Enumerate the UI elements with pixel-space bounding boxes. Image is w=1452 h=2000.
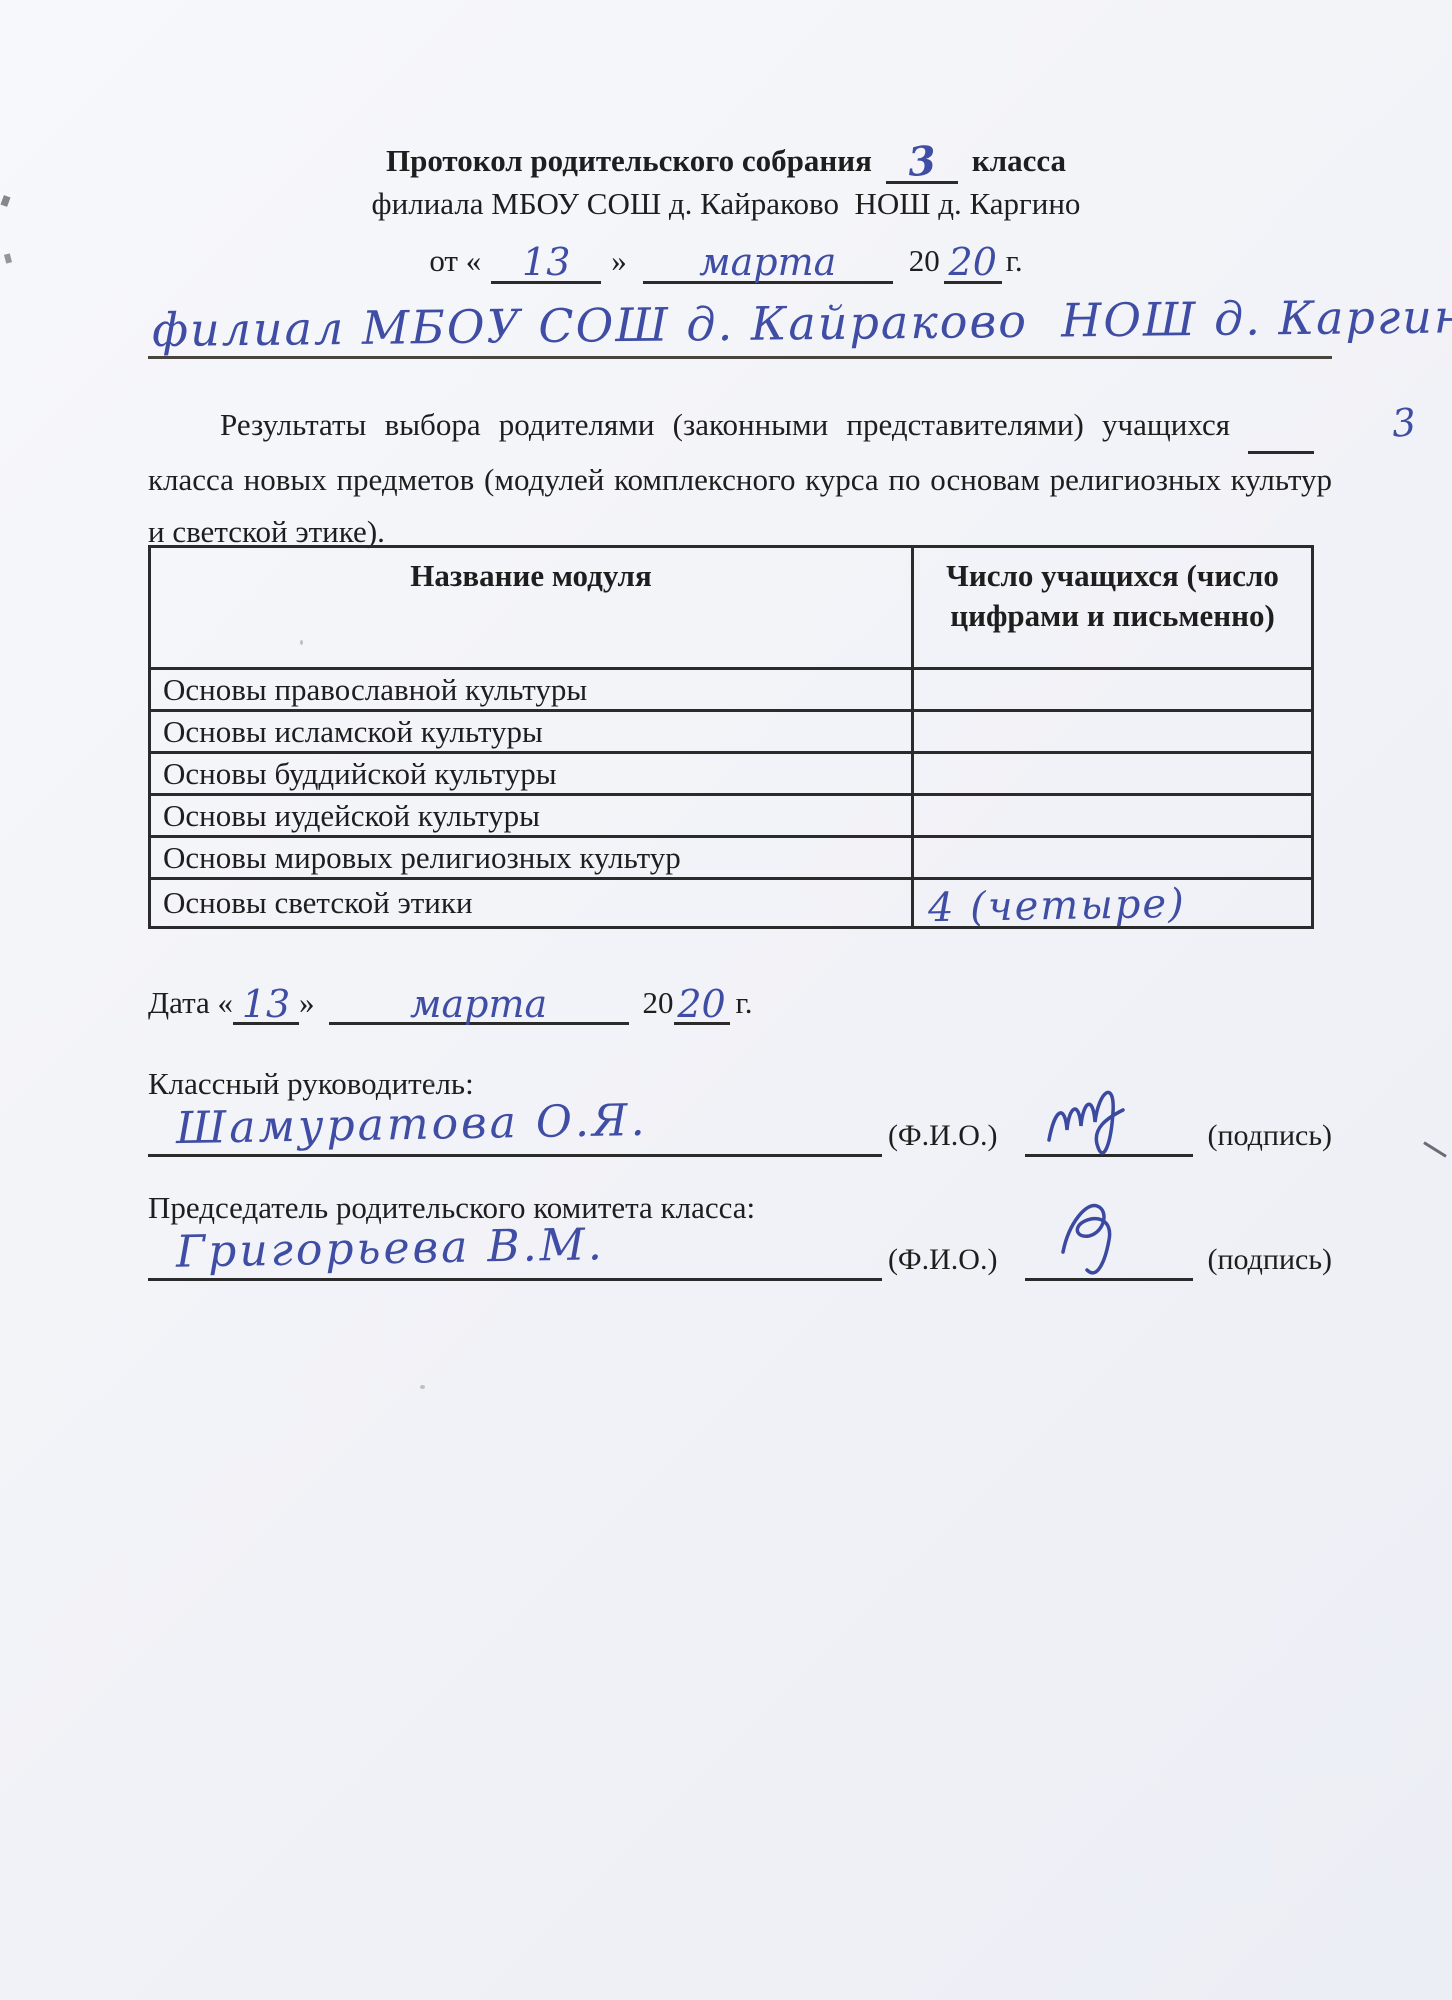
module-name: Основы светской этики: [150, 879, 913, 928]
committee-chair-label: Председатель родительского комитета клас…: [148, 1190, 755, 1226]
podpis-label: (подпись): [1207, 1243, 1332, 1281]
intro-paragraph: Результаты выбора родителями (законными …: [148, 396, 1332, 558]
table-row: Основы буддийской культуры: [150, 753, 1313, 795]
teacher-signature-scribble: [1043, 1078, 1163, 1168]
module-name: Основы иудейской культуры: [150, 795, 913, 837]
module-count: [913, 837, 1313, 879]
handwritten-day: 13: [522, 242, 570, 282]
handwritten-footer-year: 20: [677, 982, 725, 1026]
chair-signature-scribble: [1043, 1192, 1153, 1292]
column-header-module: Название модуля: [150, 547, 913, 669]
title-prefix: Протокол родительского собрания: [386, 143, 872, 178]
day-blank: 13: [491, 238, 601, 284]
page-title: Протокол родительского собрания3класса: [0, 138, 1452, 184]
scan-speck: [430, 1080, 434, 1084]
month-blank: марта: [643, 238, 893, 284]
podpis-label: (подпись): [1207, 1119, 1332, 1157]
handwritten-year: 20: [949, 242, 997, 282]
class-teacher-sign-blank: [1025, 1098, 1193, 1157]
school-subtitle: филиала МБОУ СОШ д. Кайраково НОШ д. Кар…: [0, 184, 1452, 224]
scan-speck: [300, 640, 303, 645]
handwritten-footer-month: марта: [410, 982, 547, 1026]
table-row: Основы светской этики 4 (четыре): [150, 879, 1313, 928]
footer-year-printed: 20: [643, 985, 674, 1020]
table-header-row: Название модуля Число учащихся (число ци…: [150, 547, 1313, 669]
footer-date-line: Дата «13»марта2020г.: [148, 978, 753, 1025]
footer-date-label: Дата «: [148, 985, 233, 1020]
table-row: Основы мировых религиозных культур: [150, 837, 1313, 879]
footer-date-close-quote: »: [299, 985, 315, 1020]
module-count: [913, 669, 1313, 711]
header-date-line: от «13»марта2020г.: [0, 238, 1452, 284]
class-teacher-name-blank: Шамуратова О.Я.: [148, 1099, 882, 1157]
module-count: [913, 753, 1313, 795]
handwritten-class-number: 3: [907, 141, 938, 183]
footer-year-blank: 20: [674, 978, 730, 1025]
year-blank: 20: [944, 238, 1002, 284]
handwritten-intro-class-number: 3: [1318, 396, 1418, 456]
table-row: Основы православной культуры: [150, 669, 1313, 711]
committee-chair-signature-row: Григорьева В.М. (Ф.И.О.) (подпись): [148, 1222, 1332, 1281]
intro-text-before: Результаты выбора родителями (законными …: [220, 407, 1230, 442]
document-header: Протокол родительского собрания3класса ф…: [0, 138, 1452, 284]
handwritten-school-line: филиал МБОУ СОШ д. Кайраково НОШ д. Карг…: [148, 290, 1332, 359]
intro-text-after: класса новых предметов (модулей комплекс…: [148, 462, 1332, 549]
committee-chair-name-blank: Григорьева В.М.: [148, 1223, 882, 1281]
handwritten-month: марта: [699, 242, 836, 282]
class-teacher-signature-row: Шамуратова О.Я. (Ф.И.О.) (подпись): [148, 1098, 1332, 1157]
fio-label: (Ф.И.О.): [888, 1119, 998, 1157]
module-count: 4 (четыре): [913, 879, 1313, 928]
handwritten-count: 4 (четыре): [928, 881, 1186, 931]
table-row: Основы иудейской культуры: [150, 795, 1313, 837]
module-name: Основы православной культуры: [150, 669, 913, 711]
module-name: Основы мировых религиозных культур: [150, 837, 913, 879]
handwritten-footer-day: 13: [242, 982, 290, 1026]
committee-chair-sign-blank: [1025, 1222, 1193, 1281]
handwritten-school-text: филиал МБОУ СОШ д. Кайраково НОШ д. Карг…: [152, 289, 1452, 357]
table-row: Основы исламской культуры: [150, 711, 1313, 753]
handwritten-teacher-name: Шамуратова О.Я.: [176, 1095, 648, 1154]
module-count: [913, 711, 1313, 753]
module-name: Основы буддийской культуры: [150, 753, 913, 795]
class-teacher-label: Классный руководитель:: [148, 1066, 474, 1102]
module-count: [913, 795, 1313, 837]
date-close-quote: »: [611, 243, 627, 278]
module-name: Основы исламской культуры: [150, 711, 913, 753]
footer-day-blank: 13: [233, 978, 299, 1025]
pen-mark: [1423, 1141, 1447, 1157]
date-prefix: от «: [429, 243, 481, 278]
scan-speck: [420, 1385, 425, 1389]
column-header-count: Число учащихся (число цифрами и письменн…: [913, 547, 1313, 669]
title-suffix: класса: [972, 143, 1066, 178]
year-printed: 20: [909, 243, 940, 278]
date-suffix: г.: [1006, 243, 1023, 278]
modules-table: Название модуля Число учащихся (число ци…: [148, 545, 1314, 929]
fio-label: (Ф.И.О.): [888, 1243, 998, 1281]
handwritten-chair-name: Григорьева В.М.: [176, 1219, 606, 1277]
class-number-blank: 3: [886, 138, 958, 184]
footer-month-blank: марта: [329, 978, 629, 1025]
intro-class-blank: 3: [1248, 396, 1314, 454]
footer-date-suffix: г.: [736, 985, 753, 1020]
